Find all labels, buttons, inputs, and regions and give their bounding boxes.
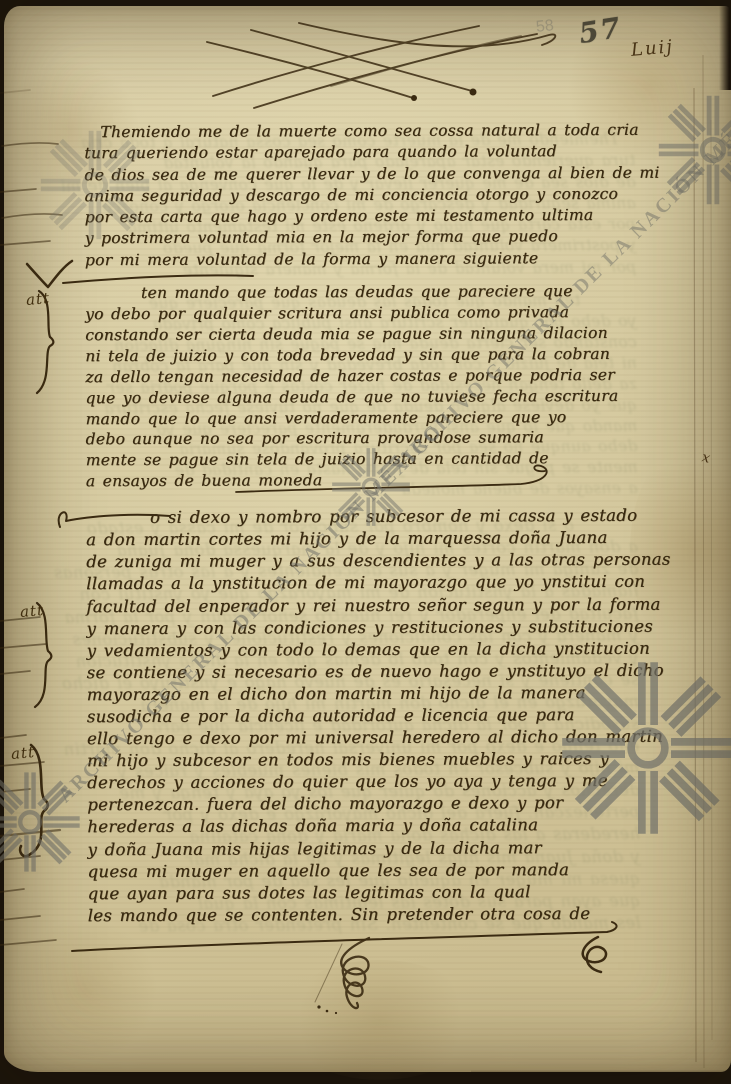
- folio-annotation-ink: Luij: [630, 36, 675, 61]
- manuscript-line: por esta carta que hago y ordeno este mi…: [85, 205, 637, 229]
- manuscript-text: Themiendo me de la muerte como sea cossa…: [84, 120, 640, 927]
- manuscript-line: pertenezcan. fuera del dicho mayorazgo e…: [87, 792, 639, 817]
- manuscript-line: za dello tengan necesidad de hazer costa…: [85, 365, 637, 388]
- manuscript-line: y vedamientos y con todo lo demas que en…: [87, 637, 639, 662]
- page-edge-shadow: [719, 0, 731, 90]
- manuscript-line: tura queriendo estar aparejado para quan…: [84, 141, 636, 165]
- manuscript-photo: Themiendo me de la muerte como sea cossa…: [0, 0, 731, 1084]
- manuscript-line: o si dexo y nombro por subcesor de mi ca…: [86, 505, 638, 530]
- manuscript-line: mente se pague sin tela de juizio hasta …: [86, 448, 638, 471]
- margin-note-att-2: att: [19, 601, 44, 621]
- manuscript-line: facultad del enperador y rei nuestro señ…: [86, 593, 638, 618]
- manuscript-line: se contiene y si necesario es de nuevo h…: [87, 660, 639, 685]
- manuscript-line: a ensayos de buena moneda: [86, 469, 638, 492]
- manuscript-line: mayorazgo en el dicho don martin mi hijo…: [87, 682, 639, 707]
- manuscript-line: llamadas a la ynstitucion de mi mayorazg…: [86, 571, 638, 596]
- page-edge-shadow: [471, 1070, 731, 1084]
- manuscript-line: susodicha e por la dicha autoridad e lic…: [87, 704, 639, 729]
- manuscript-line: y manera y con las condiciones y restitu…: [86, 615, 638, 640]
- manuscript-line: anima seguridad y descargo de mi concien…: [85, 184, 637, 208]
- folio-number-pencil: 57: [577, 11, 625, 50]
- manuscript-line: mando que lo que ansi verdaderamente par…: [85, 406, 637, 429]
- manuscript-line: debo aunque no sea por escritura provand…: [86, 427, 638, 450]
- manuscript-line: por mi mera voluntad de la forma y maner…: [85, 248, 637, 272]
- manuscript-line: a don martin cortes mi hijo y de la marq…: [86, 527, 638, 552]
- manuscript-line: y doña Juana mis hijas legitimas y de la…: [87, 836, 639, 861]
- manuscript-line: Themiendo me de la muerte como sea cossa…: [84, 120, 636, 144]
- margin-note-att-3: att: [10, 743, 35, 763]
- manuscript-line: les mando que se contenten. Sin pretende…: [88, 903, 640, 928]
- manuscript-line: constando ser cierta deuda mia se pague …: [85, 323, 637, 346]
- manuscript-line: herederas a las dichas doña maria y doña…: [87, 814, 639, 839]
- manuscript-line: de dios sea de me querer llevar y de lo …: [84, 162, 636, 186]
- manuscript-line: ello tengo e dexo por mi universal hered…: [87, 726, 639, 751]
- folio-number-faint: 58: [535, 17, 555, 37]
- manuscript-line: que ayan para sus dotes las legitimas co…: [88, 881, 640, 906]
- manuscript-line: derechos y acciones do quier que los yo …: [87, 770, 639, 795]
- manuscript-line: ni tela de juizio y con toda brevedad y …: [85, 344, 637, 367]
- manuscript-line: y postrimera voluntad mia en la mejor fo…: [85, 226, 637, 250]
- margin-note-att-1: att: [25, 289, 50, 309]
- manuscript-line: yo debo por qualquier scritura ansi publ…: [85, 302, 637, 325]
- paragraph-mayorazgo: o si dexo y nombro por subcesor de mi ca…: [86, 505, 640, 927]
- manuscript-line: mi hijo y subcesor en todos mis bienes m…: [87, 748, 639, 773]
- manuscript-line: quesa mi muger en aquello que les sea de…: [87, 858, 639, 883]
- paragraph-deudas: ten mando que todas las deudas que parec…: [85, 281, 638, 492]
- manuscript-line: ten mando que todas las deudas que parec…: [85, 281, 637, 304]
- paragraph-opening: Themiendo me de la muerte como sea cossa…: [84, 120, 637, 271]
- manuscript-line: que yo deviese alguna deuda de que no tu…: [85, 385, 637, 408]
- manuscript-line: de zuniga mi muger y a sus descendientes…: [86, 549, 638, 574]
